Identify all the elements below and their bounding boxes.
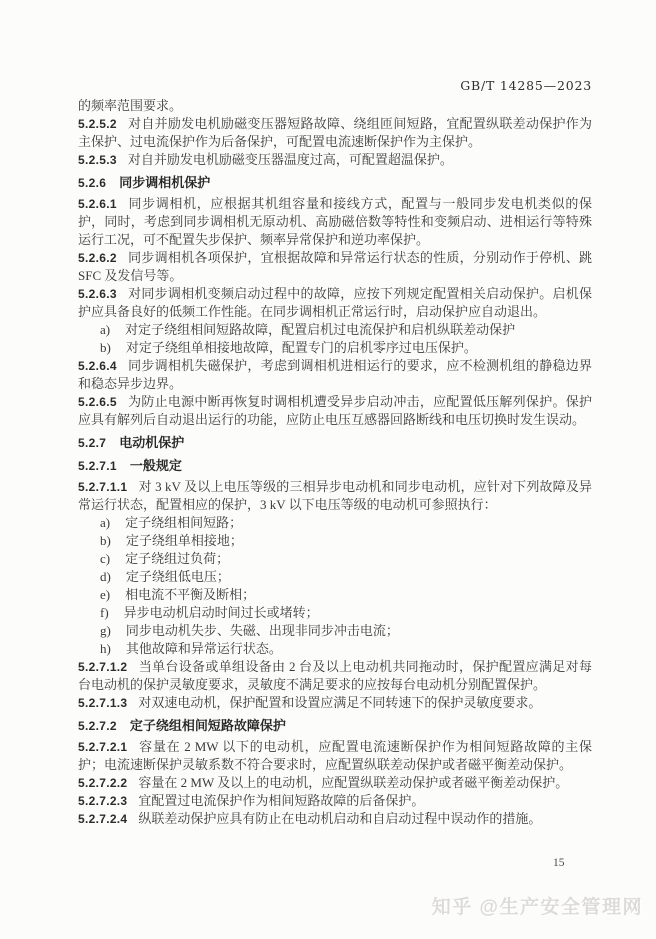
clause-5-2-7-2-1: 5.2.7.2.1容量在 2 MW 以下的电动机，应配置电流速断保护作为相间短路…	[78, 738, 592, 774]
clause-5-2-7-1-2: 5.2.7.1.2当单台设备或单组设备由 2 台及以上电动机共同拖动时，保护配置…	[78, 658, 592, 694]
clause-text: 为防止电源中断再恢复时调相机遭受异步启动冲击，应配置低压解列保护。保护应具有解列…	[78, 394, 592, 427]
clause-number: 5.2.7.2.1	[78, 740, 127, 754]
section-heading-5-2-7-2: 5.2.7.2定子绕组相间短路故障保护	[78, 717, 592, 735]
watermark-text: 知乎 @生产安全管理网	[432, 892, 643, 919]
clause-number: 5.2.7.1.3	[78, 696, 127, 710]
clause-5-2-6-3: 5.2.6.3对同步调相机变频启动过程中的故障，应按下列规定配置相关启动保护。启…	[78, 285, 592, 321]
heading-number: 5.2.7.1	[78, 459, 117, 473]
clause-text: 容量在 2 MW 以下的电动机，应配置电流速断保护作为相间短路故障的主保护；电流…	[78, 739, 592, 772]
section-heading-5-2-7-1: 5.2.7.1一般规定	[78, 457, 592, 475]
list-item-label: h)	[100, 641, 111, 656]
list-item-b: b)对定子绕组单相接地故障，配置专门的启机零序过电压保护。	[78, 339, 592, 357]
clause-5-2-7-1-3: 5.2.7.1.3对双速电动机，保护配置和设置应满足不同转速下的保护灵敏度要求。	[78, 694, 592, 712]
clause-5-2-6-4: 5.2.6.4同步调相机失磁保护，考虑到调相机进相运行的要求，应不检测机组的静稳…	[78, 357, 592, 393]
document-page: GB/T 14285—2023 的频率范围要求。 5.2.5.2对自并励发电机励…	[0, 0, 656, 939]
list-item-label: c)	[100, 551, 110, 566]
list-item-label: b)	[100, 533, 111, 548]
clause-text: 宜配置过电流保护作为相间短路故障的后备保护。	[138, 793, 424, 808]
list-item-text: 其他故障和异常运行状态。	[126, 641, 282, 656]
list-item-e: e)相电流不平衡及断相；	[78, 586, 592, 604]
list-item-d: d)定子绕组低电压；	[78, 568, 592, 586]
clause-text: 对自并励发电机励磁变压器短路故障、绕组匝间短路，宜配置纵联差动保护作为主保护、过…	[78, 116, 592, 149]
heading-text: 电动机保护	[119, 435, 184, 450]
clause-number: 5.2.7.1.2	[78, 660, 127, 674]
list-item-label: d)	[100, 569, 111, 584]
list-item-label: a)	[100, 322, 110, 337]
heading-text: 一般规定	[130, 458, 182, 473]
clause-number: 5.2.7.2.4	[78, 812, 127, 826]
continuation-line: 的频率范围要求。	[78, 97, 592, 115]
clause-5-2-6-5: 5.2.6.5为防止电源中断再恢复时调相机遭受异步启动冲击，应配置低压解列保护。…	[78, 393, 592, 429]
section-heading-5-2-7: 5.2.7电动机保护	[78, 434, 592, 452]
clause-5-2-6-1: 5.2.6.1同步调相机，应根据其机组容量和接线方式，配置与一般同步发电机类似的…	[78, 195, 592, 249]
clause-number: 5.2.6.3	[78, 287, 117, 301]
list-item-text: 定子绕组过负荷；	[125, 551, 229, 566]
list-item-label: b)	[100, 340, 111, 355]
clause-number: 5.2.6.4	[78, 359, 117, 373]
clause-text: 当单台设备或单组设备由 2 台及以上电动机共同拖动时，保护配置应满足对每台电动机…	[78, 659, 592, 692]
clause-5-2-7-2-4: 5.2.7.2.4纵联差动保护应具有防止在电动机启动和自启动过程中误动作的措施。	[78, 810, 592, 828]
standard-number-header: GB/T 14285—2023	[460, 78, 592, 93]
clause-text: 对双速电动机，保护配置和设置应满足不同转速下的保护灵敏度要求。	[138, 695, 541, 710]
clause-5-2-6-2: 5.2.6.2同步调相机各项保护，宜根据故障和异常运行状态的性质，分别动作于停机…	[78, 249, 592, 285]
clause-number: 5.2.7.2.3	[78, 794, 127, 808]
list-item-a: a)对定子绕组相间短路故障，配置启机过电流保护和启机纵联差动保护	[78, 321, 592, 339]
clause-5-2-7-1-1: 5.2.7.1.1对 3 kV 及以上电压等级的三相异步电动机和同步电动机，应针…	[78, 478, 592, 514]
clause-5-2-7-2-2: 5.2.7.2.2容量在 2 MW 及以上的电动机，应配置纵联差动保护或者磁平衡…	[78, 774, 592, 792]
scanned-standard-page: { "colors": { "page_background": "#fcfcf…	[0, 0, 656, 939]
page-body-text: 的频率范围要求。 5.2.5.2对自并励发电机励磁变压器短路故障、绕组匝间短路，…	[78, 97, 592, 828]
clause-number: 5.2.6.5	[78, 395, 117, 409]
list-item-text: 定子绕组单相接地；	[126, 533, 243, 548]
list-item-h: h)其他故障和异常运行状态。	[78, 640, 592, 658]
list-item-label: e)	[100, 587, 110, 602]
heading-text: 同步调相机保护	[119, 175, 210, 190]
clause-text: 对自并励发电机励磁变压器温度过高，可配置超温保护。	[128, 152, 453, 167]
clause-text: 的频率范围要求。	[78, 98, 182, 113]
clause-number: 5.2.5.2	[78, 117, 117, 131]
list-item-label: f)	[100, 605, 109, 620]
list-item-b: b)定子绕组单相接地；	[78, 532, 592, 550]
clause-text: 同步调相机各项保护，宜根据故障和异常运行状态的性质，分别动作于停机、跳 SFC …	[78, 250, 592, 283]
clause-number: 5.2.7.2.2	[78, 776, 127, 790]
clause-text: 容量在 2 MW 及以上的电动机，应配置纵联差动保护或者磁平衡差动保护。	[138, 775, 568, 790]
heading-number: 5.2.7	[78, 436, 106, 450]
clause-5-2-5-2: 5.2.5.2对自并励发电机励磁变压器短路故障、绕组匝间短路，宜配置纵联差动保护…	[78, 115, 592, 151]
clause-number: 5.2.5.3	[78, 153, 117, 167]
list-item-text: 对定子绕组相间短路故障，配置启机过电流保护和启机纵联差动保护	[125, 322, 515, 337]
list-item-label: g)	[100, 623, 111, 638]
list-item-label: a)	[100, 515, 110, 530]
clause-text: 对同步调相机变频启动过程中的故障，应按下列规定配置相关启动保护。启机保护应具备良…	[78, 286, 592, 319]
clause-text: 同步调相机失磁保护，考虑到调相机进相运行的要求，应不检测机组的静稳边界和稳态异步…	[78, 358, 592, 391]
list-item-text: 同步电动机失步、失磁、出现非同步冲击电流；	[126, 623, 399, 638]
clause-text: 对 3 kV 及以上电压等级的三相异步电动机和同步电动机，应针对下列故障及异常运…	[78, 479, 592, 512]
heading-number: 5.2.7.2	[78, 719, 117, 733]
page-number: 15	[553, 857, 565, 869]
heading-text: 定子绕组相间短路故障保护	[130, 718, 286, 733]
list-item-text: 异步电动机启动时间过长或堵转；	[124, 605, 319, 620]
clause-5-2-5-3: 5.2.5.3对自并励发电机励磁变压器温度过高，可配置超温保护。	[78, 151, 592, 169]
heading-number: 5.2.6	[78, 176, 106, 190]
list-item-text: 相电流不平衡及断相；	[125, 587, 255, 602]
clause-text: 纵联差动保护应具有防止在电动机启动和自启动过程中误动作的措施。	[138, 811, 541, 826]
clause-text: 同步调相机，应根据其机组容量和接线方式，配置与一般同步发电机类似的保护，同时，考…	[78, 196, 592, 247]
list-item-f: f)异步电动机启动时间过长或堵转；	[78, 604, 592, 622]
clause-number: 5.2.7.1.1	[78, 480, 127, 494]
list-item-a: a)定子绕组相间短路；	[78, 514, 592, 532]
clause-number: 5.2.6.1	[78, 197, 117, 211]
list-item-text: 对定子绕组单相接地故障，配置专门的启机零序过电压保护。	[126, 340, 477, 355]
list-item-text: 定子绕组相间短路；	[125, 515, 242, 530]
list-item-g: g)同步电动机失步、失磁、出现非同步冲击电流；	[78, 622, 592, 640]
clause-number: 5.2.6.2	[78, 251, 117, 265]
list-item-text: 定子绕组低电压；	[126, 569, 230, 584]
section-heading-5-2-6: 5.2.6同步调相机保护	[78, 174, 592, 192]
list-item-c: c)定子绕组过负荷；	[78, 550, 592, 568]
clause-5-2-7-2-3: 5.2.7.2.3宜配置过电流保护作为相间短路故障的后备保护。	[78, 792, 592, 810]
